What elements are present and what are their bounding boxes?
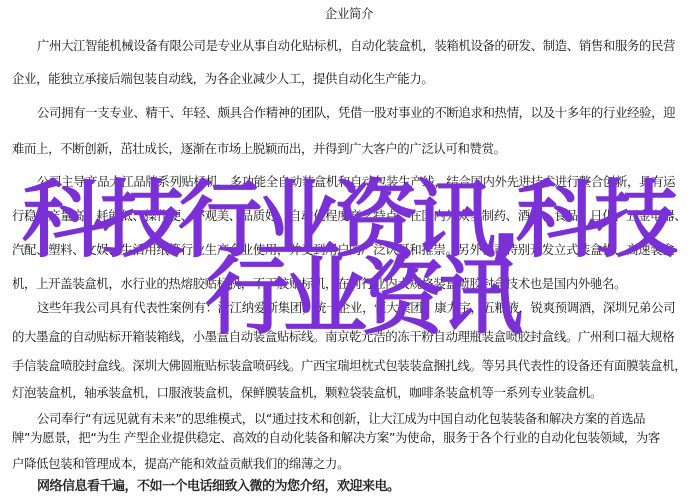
paragraph-5-line-2: 牌”为愿景，把“为生 产型企业提供稳定、高效的自动化装备和解决方案”为使命，服务…	[12, 430, 660, 446]
paragraph-1-line-2: 企业，能独立承接后端包装自动线，为各企业减少人工，提供自动化生产能力。	[12, 71, 433, 87]
watermark-line-2: 行业资讯	[205, 255, 517, 339]
paragraph-5-line-3: 户降低包装和管理成本，提高产能和效益贡献我们的绵薄之力。	[12, 456, 349, 472]
paragraph-5-line-1: 公司奉行“有远见就有未来”的思维模式，以“通过技术和创新，让大江成为中国自动化包…	[37, 411, 645, 427]
page-title: 企业简介	[0, 6, 698, 22]
paragraph-1-line-1: 广州大江智能机械设备有限公司是专业从事自动化贴标机，自动化装盒机，装箱机设备的研…	[37, 38, 675, 54]
paragraph-4-line-4: 灯泡装盒机，轴承装盒机，口服液装盒机，保鲜膜装盒机，颗粒袋装盒机，咖啡条装盒机等…	[12, 385, 602, 401]
paragraph-4-line-3: 手信装盒喷胶封盒线。深圳大佛圆瓶贴标装盒喷码线。广西宝瑞坦枕式包装装盒捆扎线。等…	[12, 358, 686, 374]
paragraph-2-line-1: 公司拥有一支专业、精干、年轻、颇具合作精神的团队，凭借一股对事业的不断追求和热情…	[37, 105, 675, 121]
contact-line: 网络信息看千遍，不如一个电话细致入微的为您介绍，欢迎来电。	[37, 479, 400, 495]
paragraph-2-line-2: 难而上，不断创新，茁壮成长，逐渐在市场上脱颖而出，并得到广大客户的广泛认可和赞赏…	[12, 141, 506, 157]
